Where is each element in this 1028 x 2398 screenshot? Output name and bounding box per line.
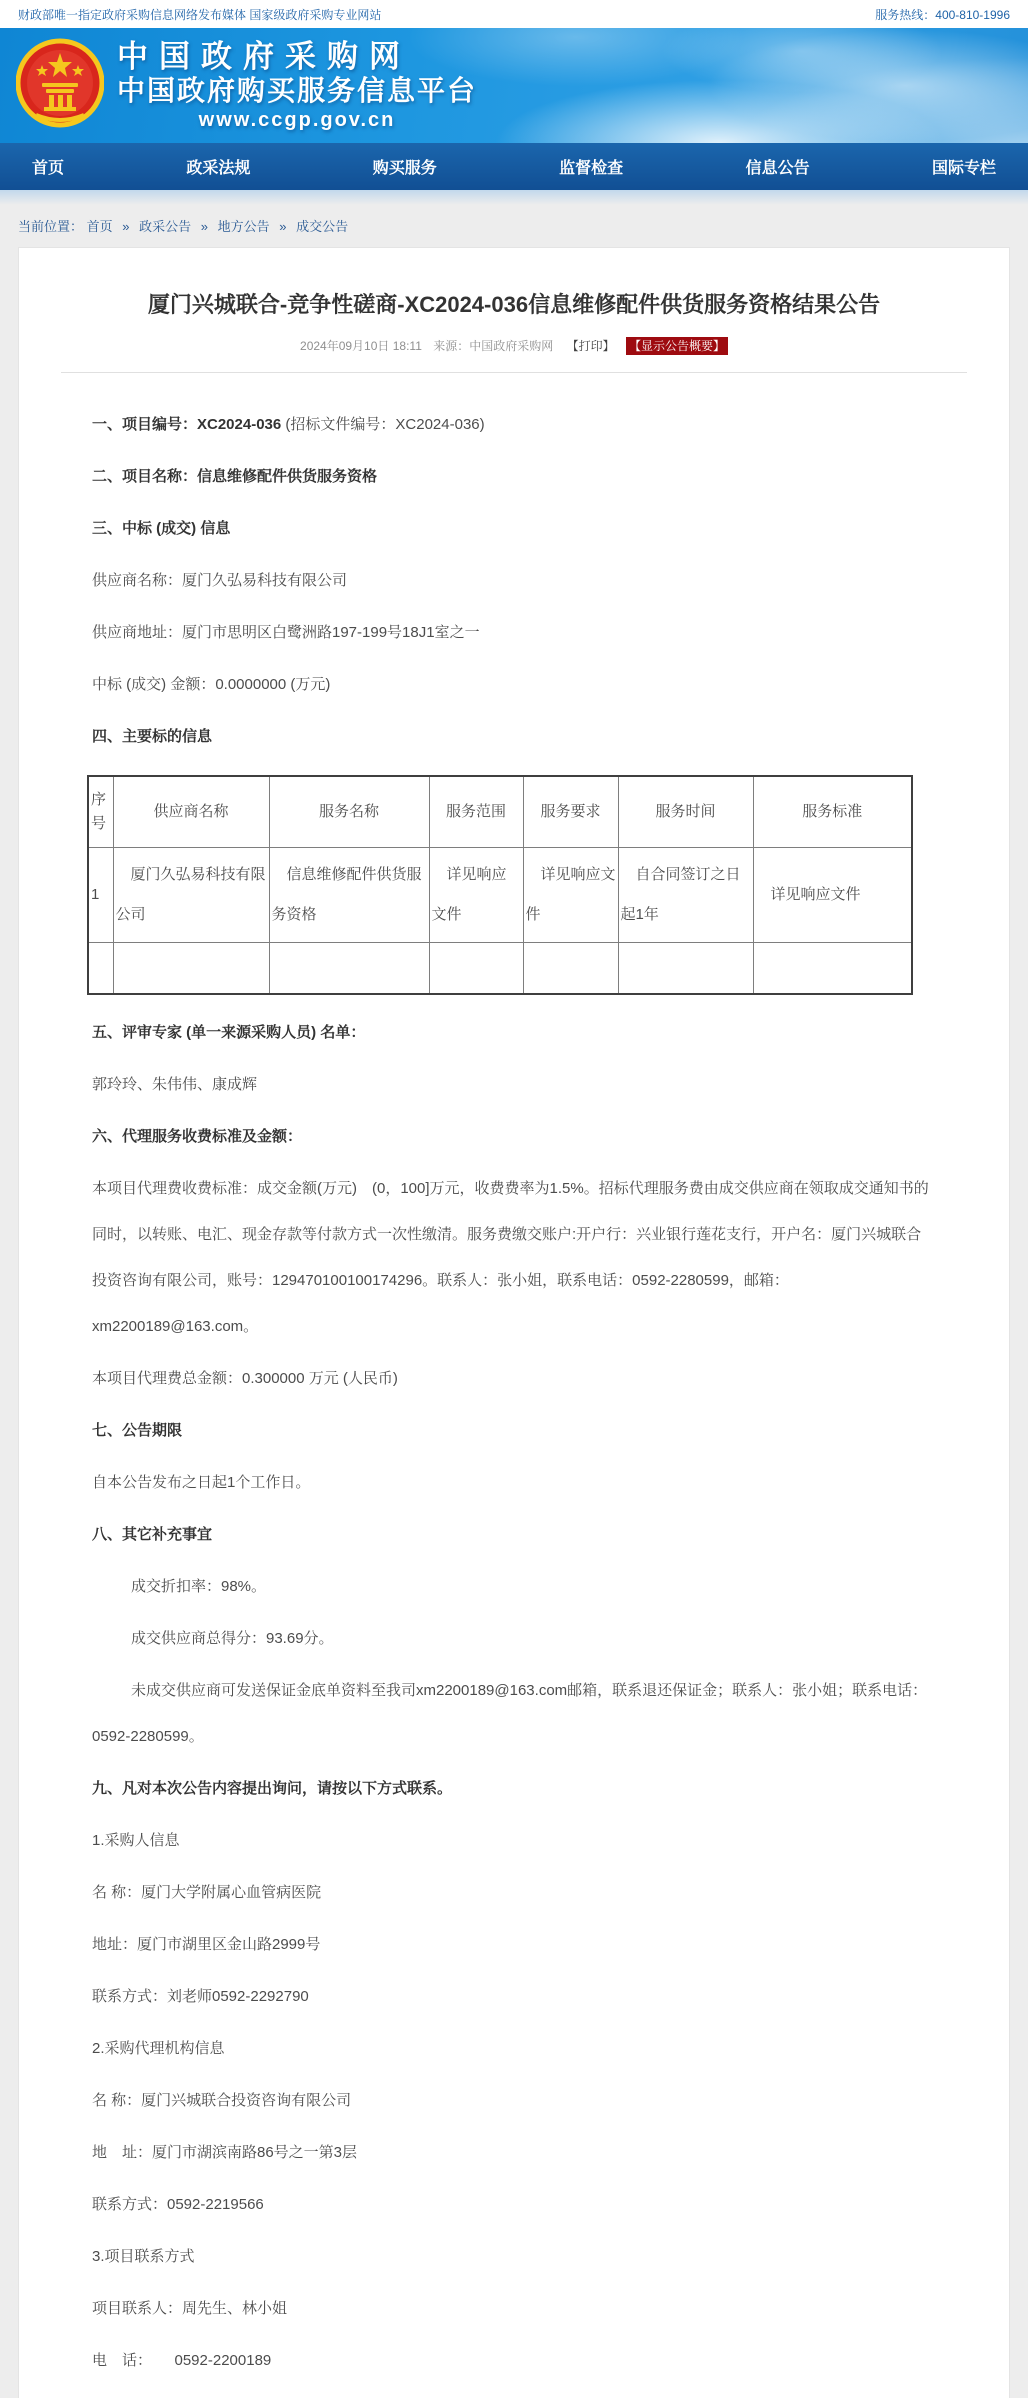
project-number: 一、项目编号：XC2024-036: [92, 416, 281, 433]
project-contact-person: 项目联系人：周先生、林小姐: [92, 2283, 936, 2335]
section2-project-name: 二、项目名称：信息维修配件供货服务资格: [92, 451, 936, 503]
table-cell: 自合同签订之日起1年: [618, 848, 753, 943]
breadcrumb-label: 当前位置：: [18, 219, 83, 234]
supplier-name: 供应商名称：厦门久弘易科技有限公司: [92, 555, 936, 607]
site-banner: 中国政府采购网 中国政府购买服务信息平台 www.ccgp.gov.cn: [0, 28, 1028, 143]
site-title: 中国政府采购网: [117, 39, 477, 75]
table-cell: [523, 943, 618, 995]
breadcrumb-item-local[interactable]: 地方公告: [218, 219, 270, 234]
breadcrumb-separator: »: [279, 219, 286, 234]
table-cell: [618, 943, 753, 995]
table-body: 1厦门久弘易科技有限公司信息维修配件供货服务资格详见响应文件详见响应文件自合同签…: [88, 848, 912, 995]
agency-name: 名 称：厦门兴城联合投资咨询有限公司: [92, 2075, 936, 2127]
agency-address: 地 址：厦门市湖滨南路86号之一第3层: [92, 2127, 936, 2179]
table-row: [88, 943, 912, 995]
supplier-score: 成交供应商总得分：93.69分。: [92, 1613, 936, 1665]
page-title: 厦门兴城联合-竞争性磋商-XC2024-036信息维修配件供货服务资格结果公告: [19, 290, 1009, 320]
table-cell: 详见响应文件: [753, 848, 912, 943]
article-source: 来源：中国政府采购网: [433, 339, 553, 353]
print-button[interactable]: 【打印】: [567, 339, 615, 353]
tender-doc-number: (招标文件编号：XC2024-036): [281, 416, 484, 433]
purchaser-name: 名 称：厦门大学附属心血管病医院: [92, 1867, 936, 1919]
agency-fee-total: 本项目代理费总金额：0.300000 万元 (人民币): [92, 1353, 936, 1405]
section3-heading: 三、中标 (成交) 信息: [92, 503, 936, 555]
nav-item-announcements[interactable]: 信息公告: [746, 155, 810, 178]
table-cell: [429, 943, 523, 995]
breadcrumb-separator: »: [122, 219, 129, 234]
nav-item-regulations[interactable]: 政采法规: [186, 155, 250, 178]
main-nav: 首页 政采法规 购买服务 监督检查 信息公告 国际专栏: [0, 143, 1028, 190]
project-contact-heading: 3.项目联系方式: [92, 2231, 936, 2283]
service-hotline: 服务热线：400-810-1996: [875, 6, 1010, 23]
site-url: www.ccgp.gov.cn: [117, 107, 477, 133]
nav-item-purchase-services[interactable]: 购买服务: [373, 155, 437, 178]
award-amount: 中标 (成交) 金额：0.0000000 (万元): [92, 659, 936, 711]
table-cell: [753, 943, 912, 995]
section5-heading: 五、评审专家 (单一来源采购人员) 名单：: [92, 1007, 936, 1059]
national-emblem-logo: [16, 37, 104, 129]
expert-list: 郭玲玲、朱伟伟、康成辉: [92, 1059, 936, 1111]
table-header-row: 序号供应商名称服务名称服务范围服务要求服务时间服务标准: [88, 776, 912, 848]
purchaser-info-heading: 1.采购人信息: [92, 1815, 936, 1867]
breadcrumb-item-home[interactable]: 首页: [87, 219, 113, 234]
table-cell: 详见响应文件: [429, 848, 523, 943]
page: 财政部唯一指定政府采购信息网络发布媒体 国家级政府采购专业网站 服务热线：400…: [0, 0, 1028, 2398]
article-body: 一、项目编号：XC2024-036 (招标文件编号：XC2024-036) 二、…: [19, 373, 1009, 2387]
top-utility-bar: 财政部唯一指定政府采购信息网络发布媒体 国家级政府采购专业网站 服务热线：400…: [0, 0, 1028, 28]
show-summary-button[interactable]: 【显示公告概要】: [626, 337, 728, 355]
table-cell: 厦门久弘易科技有限公司: [113, 848, 269, 943]
table-cell: 信息维修配件供货服务资格: [269, 848, 429, 943]
table-header-cell: 服务要求: [523, 776, 618, 848]
nav-item-home[interactable]: 首页: [32, 155, 64, 178]
table-header-cell: 服务名称: [269, 776, 429, 848]
project-contact-phone: 电 话： 0592-2200189: [92, 2335, 936, 2387]
article-meta: 2024年09月10日 18:11 来源：中国政府采购网 【打印】 【显示公告概…: [19, 337, 1009, 354]
table-head: 序号供应商名称服务名称服务范围服务要求服务时间服务标准: [88, 776, 912, 848]
section1-project-number: 一、项目编号：XC2024-036 (招标文件编号：XC2024-036): [92, 399, 936, 451]
table-header-cell: 供应商名称: [113, 776, 269, 848]
section7-heading: 七、公告期限: [92, 1405, 936, 1457]
breadcrumb-item-announcements[interactable]: 政采公告: [139, 219, 191, 234]
section4-heading: 四、主要标的信息: [92, 711, 936, 763]
purchaser-address: 地址：厦门市湖里区金山路2999号: [92, 1919, 936, 1971]
breadcrumb: 当前位置： 首页 » 政采公告 » 地方公告 » 成交公告: [18, 216, 1010, 235]
discount-rate: 成交折扣率：98%。: [92, 1561, 936, 1613]
table-header-cell: 服务标准: [753, 776, 912, 848]
section8-heading: 八、其它补充事宜: [92, 1509, 936, 1561]
site-subtitle: 中国政府购买服务信息平台: [117, 75, 477, 107]
table-header-cell: 序号: [88, 776, 113, 848]
breadcrumb-zone: 当前位置： 首页 » 政采公告 » 地方公告 » 成交公告: [0, 190, 1028, 247]
agency-fee-description: 本项目代理费收费标准：成交金额(万元) (0，100]万元，收费费率为1.5%。…: [92, 1163, 936, 1353]
nav-item-international[interactable]: 国际专栏: [932, 155, 996, 178]
brand-text: 中国政府采购网 中国政府购买服务信息平台 www.ccgp.gov.cn: [117, 37, 477, 133]
agency-info-heading: 2.采购代理机构信息: [92, 2023, 936, 2075]
table-header-cell: 服务范围: [429, 776, 523, 848]
table-cell: [88, 943, 113, 995]
publish-datetime: 2024年09月10日 18:11: [300, 339, 422, 353]
table-row: 1厦门久弘易科技有限公司信息维修配件供货服务资格详见响应文件详见响应文件自合同签…: [88, 848, 912, 943]
table-cell: 1: [88, 848, 113, 943]
section6-heading: 六、代理服务收费标准及金额：: [92, 1111, 936, 1163]
table-cell: 详见响应文件: [523, 848, 618, 943]
site-brand[interactable]: 中国政府采购网 中国政府购买服务信息平台 www.ccgp.gov.cn: [16, 37, 477, 133]
table-cell: [269, 943, 429, 995]
purchaser-contact: 联系方式：刘老师0592-2292790: [92, 1971, 936, 2023]
nav-item-supervision[interactable]: 监督检查: [559, 155, 623, 178]
table-cell: [113, 943, 269, 995]
supplier-address: 供应商地址：厦门市思明区白鹭洲路197-199号18J1室之一: [92, 607, 936, 659]
breadcrumb-item-award[interactable]: 成交公告: [296, 219, 348, 234]
deposit-refund-note: 未成交供应商可发送保证金底单资料至我司xm2200189@163.com邮箱，联…: [92, 1665, 936, 1763]
section9-heading: 九、凡对本次公告内容提出询问，请按以下方式联系。: [92, 1763, 936, 1815]
site-slogan: 财政部唯一指定政府采购信息网络发布媒体 国家级政府采购专业网站: [18, 6, 381, 23]
article-container: 厦门兴城联合-竞争性磋商-XC2024-036信息维修配件供货服务资格结果公告 …: [18, 247, 1010, 2398]
table-header-cell: 服务时间: [618, 776, 753, 848]
breadcrumb-separator: »: [201, 219, 208, 234]
award-info-table: 序号供应商名称服务名称服务范围服务要求服务时间服务标准 1厦门久弘易科技有限公司…: [87, 775, 913, 995]
announcement-period: 自本公告发布之日起1个工作日。: [92, 1457, 936, 1509]
agency-contact: 联系方式：0592-2219566: [92, 2179, 936, 2231]
